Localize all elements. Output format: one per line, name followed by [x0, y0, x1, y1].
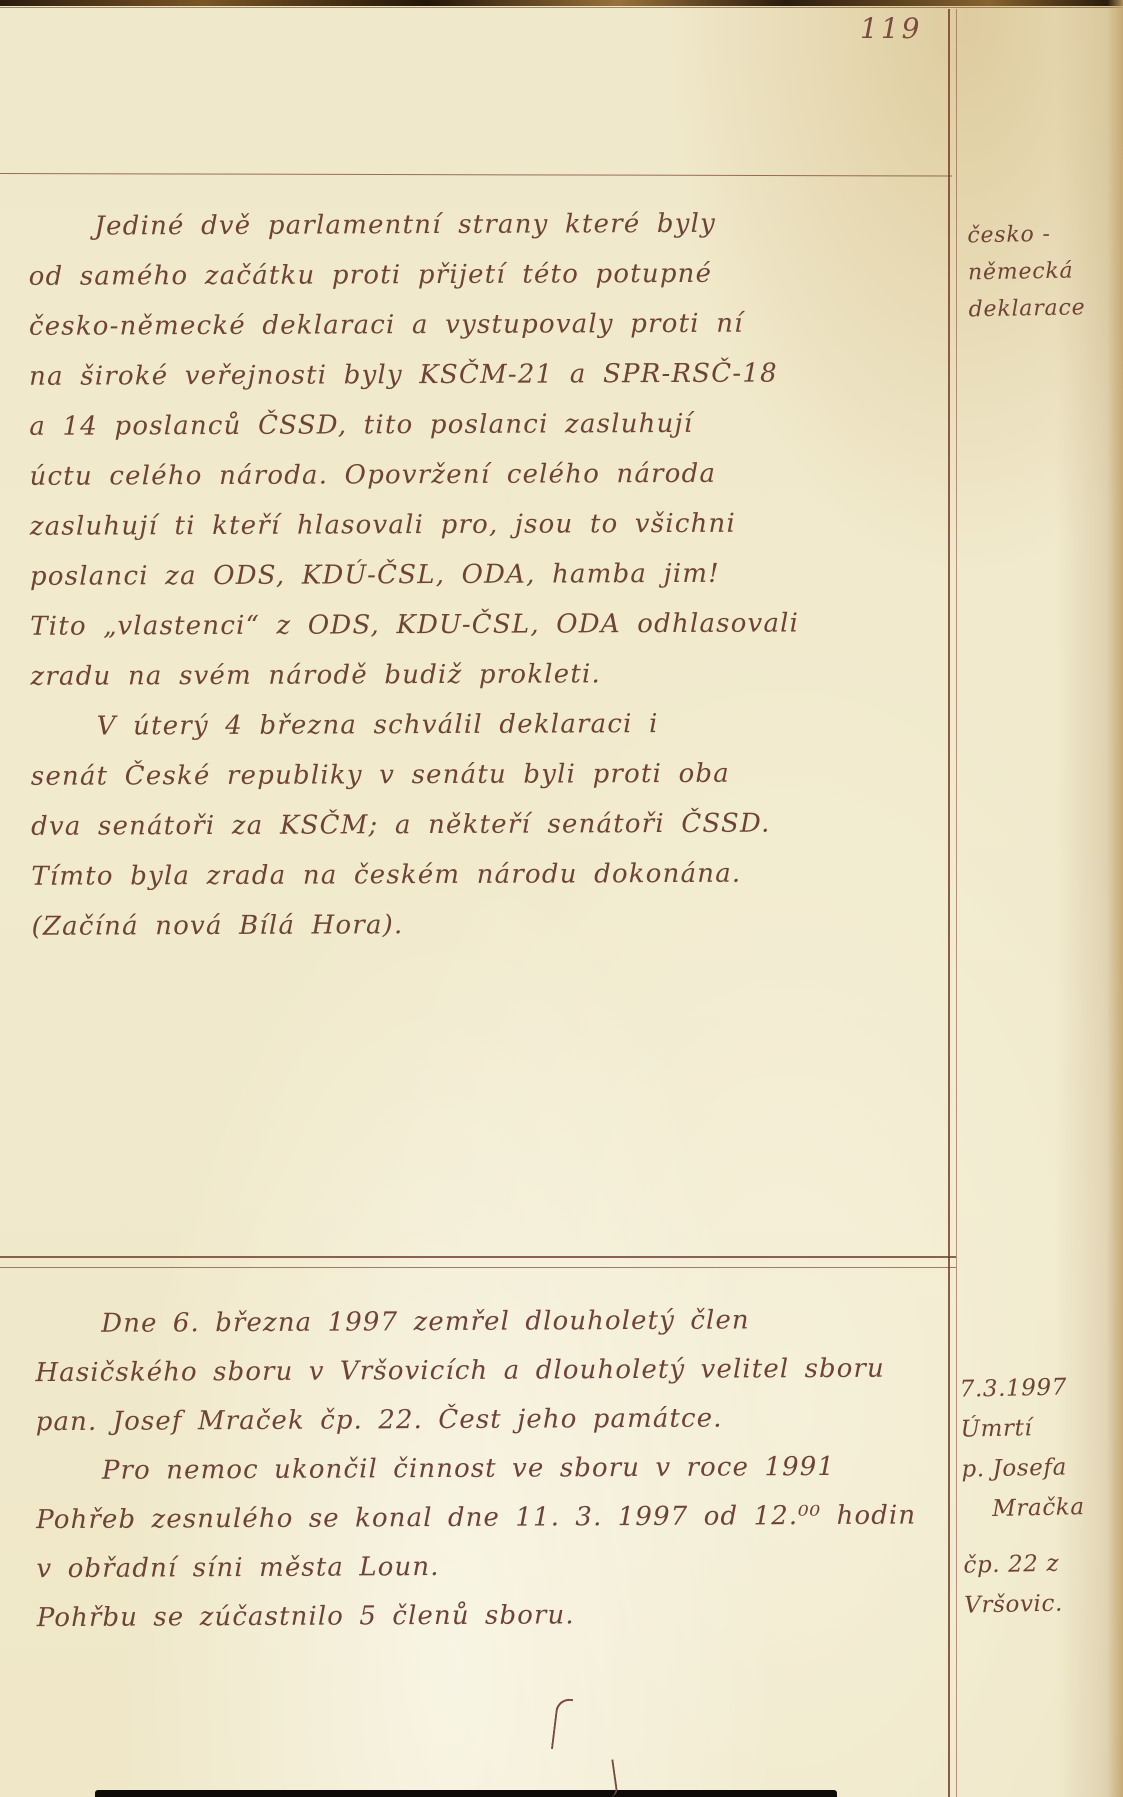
margin-note-line: německá: [968, 252, 1121, 292]
handwritten-line: Dne 6. března 1997 zemřel dlouholetý čle…: [35, 1296, 845, 1349]
handwritten-line: a 14 poslanců ČSSD, tito poslanci zasluh…: [29, 398, 847, 452]
paragraph-declaration: Jediné dvě parlamentní strany které byly…: [28, 198, 848, 702]
margin-note-line: 7.3.1997: [959, 1366, 1118, 1409]
paragraph-obituary: Dne 6. března 1997 zemřel dlouholetý čle…: [35, 1296, 846, 1447]
margin-note-line: česko -: [967, 215, 1120, 255]
handwritten-line: senát České republiky v senátu byli prot…: [31, 748, 849, 802]
stray-ink-mark: [551, 1697, 573, 1751]
handwritten-line: zradu na svém národě budiž prokleti.: [30, 648, 848, 702]
paragraph-funeral: Pro nemoc ukončil činnost ve sboru v roc…: [36, 1443, 847, 1594]
handwritten-line: na široké veřejnosti byly KSČM-21 a SPR-…: [29, 348, 847, 402]
handwritten-line: V úterý 4 března schválil deklaraci i: [31, 698, 849, 752]
handwritten-line: dva senátoři za KSČM; a někteří senátoři…: [31, 798, 849, 852]
section-divider-upper-line: [0, 1256, 956, 1258]
scan-top-edge: [0, 0, 1123, 6]
margin-note-line: p. Josefa: [961, 1446, 1120, 1489]
handwritten-line: Pohřbu se zúčastnilo 5 členů sboru.: [37, 1590, 847, 1643]
handwritten-line: Jediné dvě parlamentní strany které byly: [28, 198, 846, 252]
handwritten-line: Tito „vlastenci“ z ODS, KDU-ČSL, ODA odh…: [30, 598, 848, 652]
handwritten-line: česko-německé deklaraci a vystupovaly pr…: [29, 298, 847, 352]
scan-bottom-edge: [95, 1790, 837, 1797]
margin-note-line: Vršovic.: [964, 1582, 1123, 1625]
handwritten-line: Pohřeb zesnulého se konal dne 11. 3. 199…: [36, 1492, 846, 1545]
vertical-margin-rule-outer: [948, 9, 950, 1797]
section-divider-lower-line: [0, 1267, 956, 1268]
top-section-text: Jediné dvě parlamentní strany které byly…: [28, 198, 849, 952]
handwritten-line: Tímto byla zrada na českém národu dokoná…: [31, 848, 849, 902]
handwritten-line: v obřadní síni města Loun.: [36, 1541, 846, 1594]
handwritten-line: Pro nemoc ukončil činnost ve sboru v roc…: [36, 1443, 846, 1496]
margin-note-line: deklarace: [968, 289, 1121, 329]
handwritten-line: Hasičského sboru v Vršovicích a dlouhole…: [35, 1345, 845, 1398]
margin-note-death-of-josef-mracek: 7.3.1997 Úmrtí p. Josefa Mračka čp. 22 z…: [959, 1366, 1122, 1625]
margin-note-czech-german-declaration: česko - německá deklarace: [967, 215, 1121, 329]
paragraph-senate: V úterý 4 března schválil deklaraci i se…: [31, 698, 850, 952]
margin-note-line: Úmrtí: [960, 1406, 1119, 1449]
scan-top-edge-line: [0, 7, 1123, 8]
chronicle-page: 119 Jediné dvě parlamentní strany které …: [0, 0, 1123, 1797]
handwritten-line: od samého začátku proti přijetí této pot…: [29, 248, 847, 302]
handwritten-line: úctu celého národa. Opovržení celého nár…: [29, 448, 847, 502]
handwritten-line: (Začíná nová Bílá Hora).: [31, 898, 849, 952]
vertical-margin-rule-inner: [956, 9, 957, 1797]
margin-note-line: čp. 22 z: [963, 1542, 1122, 1585]
margin-note-line: Mračka: [962, 1486, 1121, 1529]
page-number: 119: [860, 12, 922, 45]
handwritten-line: zasluhují ti kteří hlasovali pro, jsou t…: [30, 498, 848, 552]
bottom-section-text: Dne 6. března 1997 zemřel dlouholetý čle…: [35, 1296, 847, 1643]
handwritten-line: poslanci za ODS, KDÚ-ČSL, ODA, hamba jim…: [30, 548, 848, 602]
paragraph-attendance: Pohřbu se zúčastnilo 5 členů sboru.: [37, 1590, 847, 1643]
handwritten-line: pan. Josef Mraček čp. 22. Čest jeho pamá…: [36, 1394, 846, 1447]
top-margin-rule: [0, 173, 952, 176]
